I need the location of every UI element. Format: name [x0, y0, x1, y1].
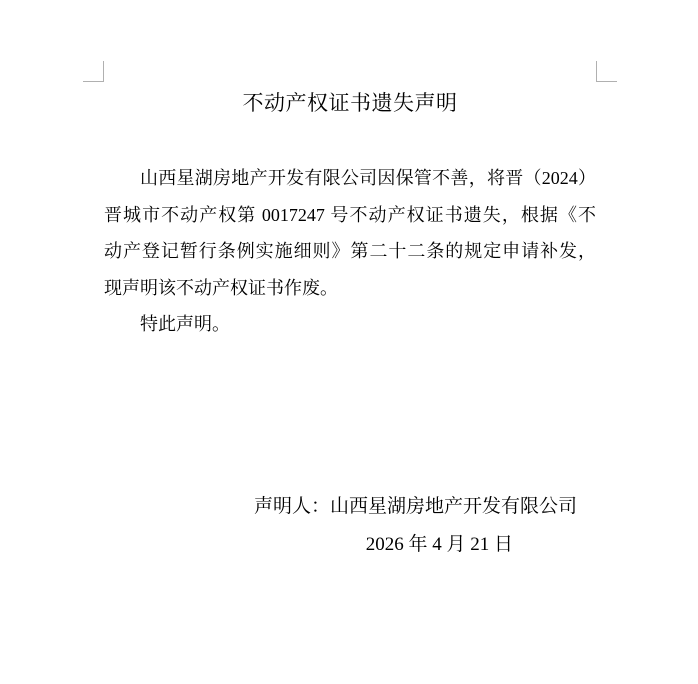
- margin-crop-mark-top-left: [83, 61, 104, 82]
- document-title: 不动产权证书遗失声明: [104, 88, 596, 118]
- document-text-area: 不动产权证书遗失声明 山西星湖房地产开发有限公司因保管不善，将晋（2024） 晋…: [104, 82, 596, 564]
- body-line-4: 现声明该不动产权证书作废。: [104, 270, 596, 307]
- body-line-closing: 特此声明。: [104, 306, 596, 343]
- document-page: 不动产权证书遗失声明 山西星湖房地产开发有限公司因保管不善，将晋（2024） 晋…: [0, 0, 698, 684]
- declarant-line: 声明人：山西星湖房地产开发有限公司: [104, 488, 596, 526]
- body-line-2: 晋城市不动产权第 0017247 号不动产权证书遗失，根据《不: [104, 197, 596, 234]
- body-paragraph: 山西星湖房地产开发有限公司因保管不善，将晋（2024） 晋城市不动产权第 001…: [104, 160, 596, 343]
- body-line-1: 山西星湖房地产开发有限公司因保管不善，将晋（2024）: [104, 160, 596, 197]
- margin-crop-mark-top-right: [596, 61, 617, 82]
- date-line: 2026 年 4 月 21 日: [104, 526, 596, 564]
- body-line-3: 动产登记暂行条例实施细则》第二十二条的规定申请补发，: [104, 233, 596, 270]
- signature-block: 声明人：山西星湖房地产开发有限公司 2026 年 4 月 21 日: [104, 488, 596, 564]
